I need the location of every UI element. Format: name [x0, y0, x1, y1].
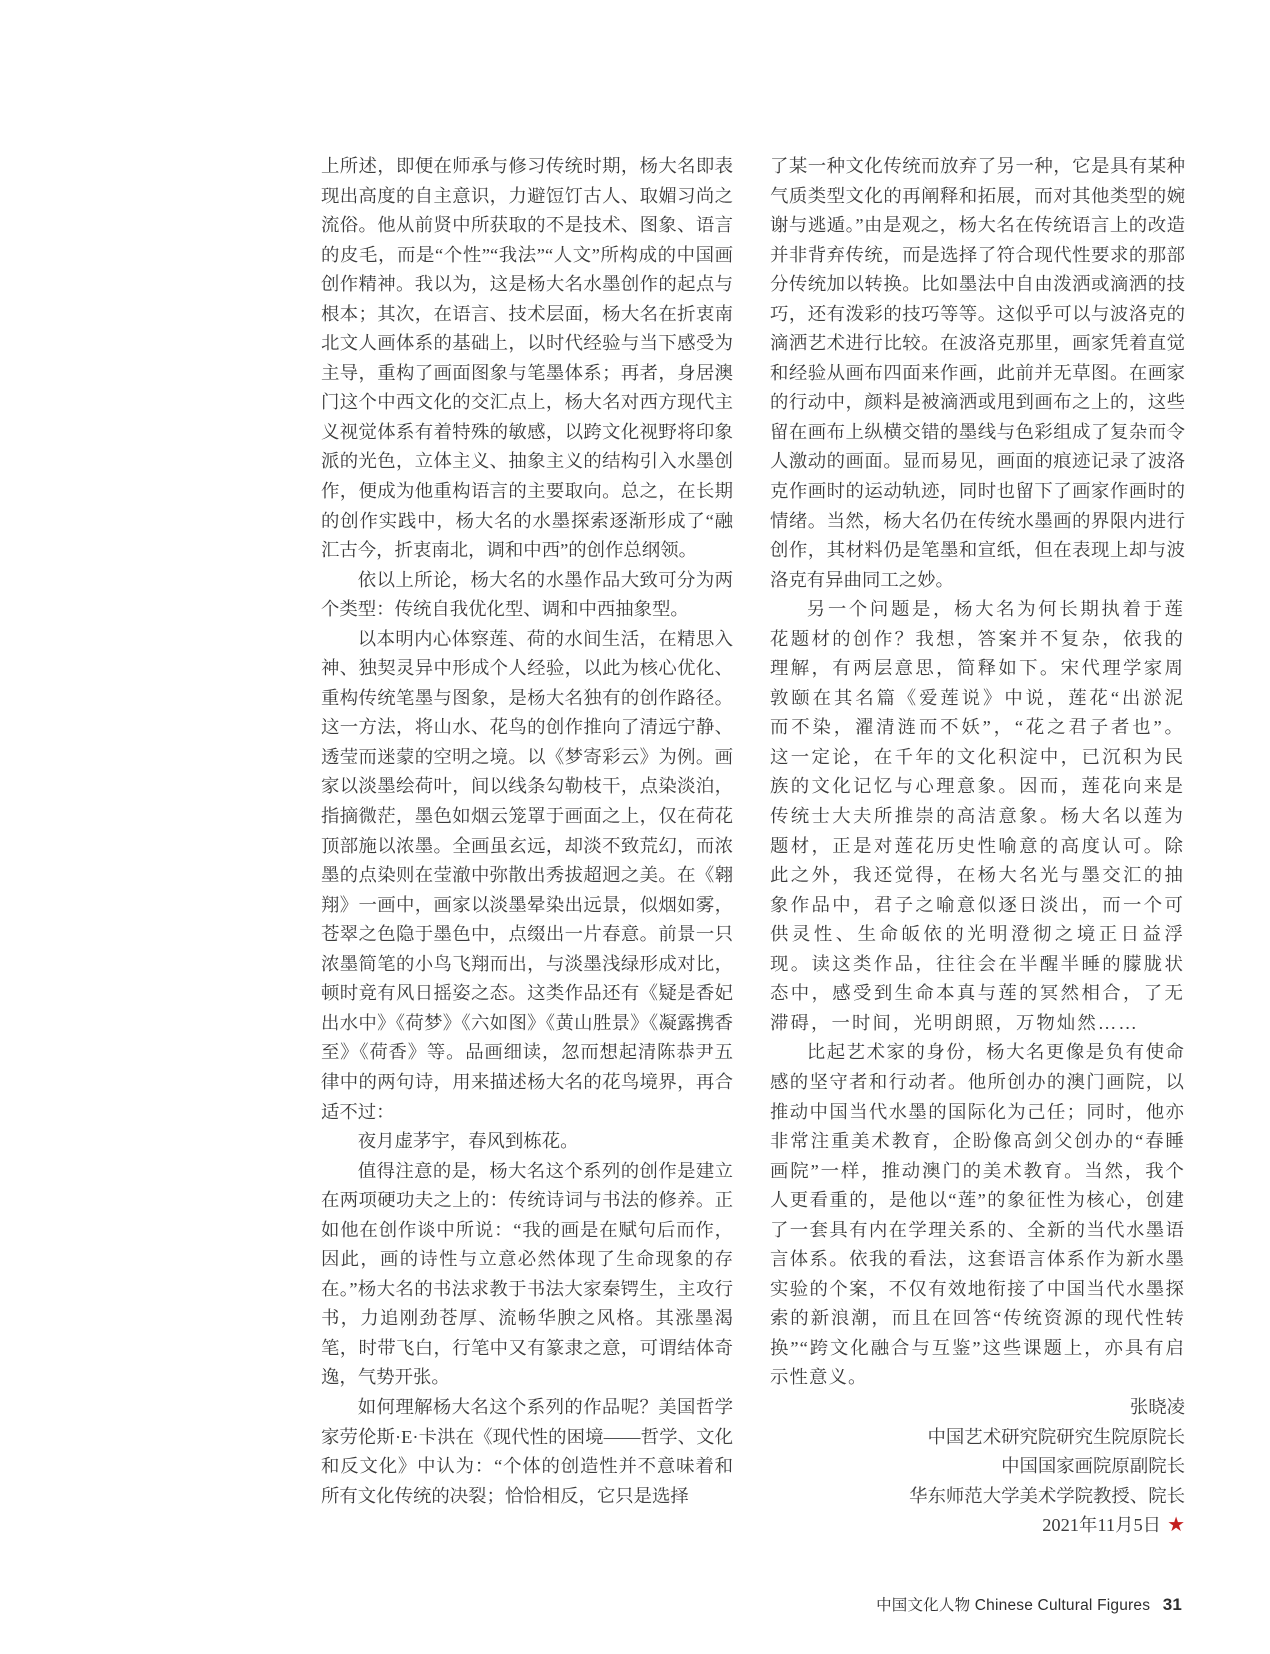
footer-journal-name-cn: 中国文化人物: [876, 1597, 970, 1614]
article-paragraph: 另一个问题是，杨大名为何长期执着于莲花题材的创作？我想，答案并不复杂，依我的理解…: [770, 595, 1185, 1038]
page-footer: 中国文化人物 Chinese Cultural Figures 31: [876, 1593, 1182, 1615]
footer-page-number: 31: [1163, 1595, 1182, 1614]
article-paragraphs-left: 上所述，即便在师承与修习传统时期，杨大名即表现出高度的自主意识，力避饾饤古人、取…: [321, 152, 733, 1511]
article-column-left: 上所述，即便在师承与修习传统时期，杨大名即表现出高度的自主意识，力避饾饤古人、取…: [321, 152, 733, 1511]
signature-date-line: 2021年11月5日★: [770, 1511, 1185, 1541]
signature-title: 华东师范大学美术学院教授、院长: [770, 1482, 1185, 1512]
signature-date: 2021年11月5日: [1042, 1515, 1161, 1535]
signature-author: 张晓凌: [770, 1393, 1185, 1423]
article-paragraph: 依以上所论，杨大名的水墨作品大致可分为两个类型：传统自我优化型、调和中西抽象型。: [321, 566, 733, 625]
footer-journal-name-en: Chinese Cultural Figures: [975, 1597, 1150, 1614]
article-paragraph: 夜月虚茅宇，春风到栋花。: [321, 1127, 733, 1157]
article-paragraph: 了某一种文化传统而放弃了另一种，它是具有某种气质类型文化的再阐释和拓展，而对其他…: [770, 152, 1185, 595]
signature-title: 中国艺术研究院研究生院原院长: [770, 1423, 1185, 1453]
magazine-page: 上所述，即便在师承与修习传统时期，杨大名即表现出高度的自主意识，力避饾饤古人、取…: [0, 0, 1270, 1654]
article-column-right: 了某一种文化传统而放弃了另一种，它是具有某种气质类型文化的再阐释和拓展，而对其他…: [770, 152, 1185, 1541]
article-paragraphs-right: 了某一种文化传统而放弃了另一种，它是具有某种气质类型文化的再阐释和拓展，而对其他…: [770, 152, 1185, 1393]
article-paragraph: 以本明内心体察莲、荷的水间生活，在精思入神、独契灵异中形成个人经验，以此为核心优…: [321, 625, 733, 1127]
signature-block: 张晓凌 中国艺术研究院研究生院原院长 中国国家画院原副院长 华东师范大学美术学院…: [770, 1393, 1185, 1541]
article-paragraph: 如何理解杨大名这个系列的作品呢？美国哲学家劳伦斯·E·卡洪在《现代性的困境——哲…: [321, 1393, 733, 1511]
article-paragraph: 比起艺术家的身份，杨大名更像是负有使命感的坚守者和行动者。他所创办的澳门画院，以…: [770, 1038, 1185, 1393]
red-star-icon: ★: [1167, 1514, 1185, 1536]
article-paragraph: 值得注意的是，杨大名这个系列的创作是建立在两项硬功夫之上的：传统诗词与书法的修养…: [321, 1157, 733, 1393]
signature-title: 中国国家画院原副院长: [770, 1452, 1185, 1482]
article-paragraph: 上所述，即便在师承与修习传统时期，杨大名即表现出高度的自主意识，力避饾饤古人、取…: [321, 152, 733, 566]
